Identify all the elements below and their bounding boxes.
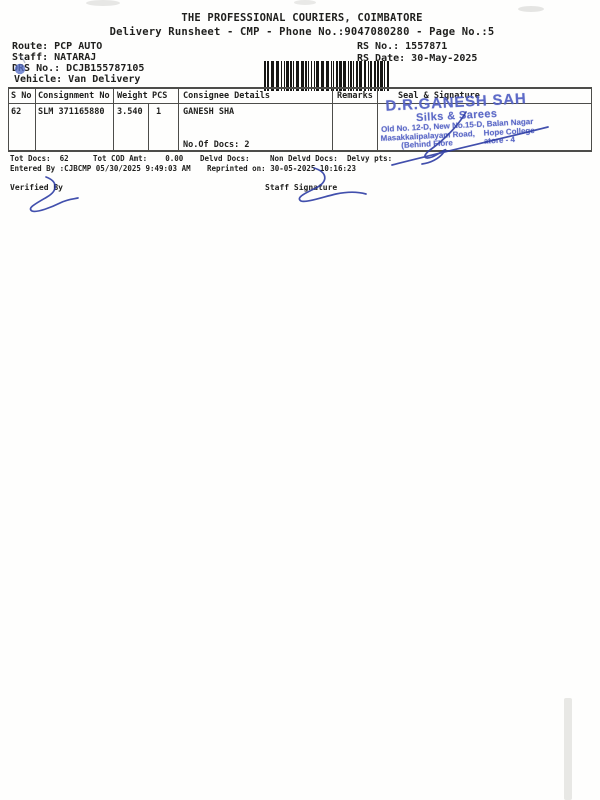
total-cod-amount: Tot COD Amt: 0.00 <box>93 154 183 163</box>
scan-smudge <box>86 0 120 6</box>
stamp-address-2: Masakkalipalayam Road, Hope College <box>359 125 557 144</box>
cell-consignment-no: SLM 371165880 <box>38 107 105 117</box>
cell-docs-note: No.Of Docs: 2 <box>183 140 250 150</box>
ink-overlay <box>0 0 600 800</box>
total-docs: Tot Docs: 62 <box>10 154 69 163</box>
drs-number-line: DRS No.: DCJB155787105 <box>12 63 144 74</box>
table-top-border <box>8 87 592 89</box>
col-divider <box>113 87 114 151</box>
header-remarks: Remarks <box>337 91 373 101</box>
col-divider <box>178 87 179 151</box>
barcode-icon <box>225 42 353 72</box>
header-pcs: PCS <box>152 91 167 101</box>
delivery-points: Delvy pts: <box>347 154 392 163</box>
col-divider <box>377 87 378 151</box>
document-subtitle: Delivery Runsheet - CMP - Phone No.:9047… <box>0 26 600 38</box>
table-border-right <box>591 87 592 151</box>
non-delivered-docs: Non Delvd Docs: <box>270 154 338 163</box>
table-bottom-border <box>8 150 592 152</box>
cell-weight: 3.540 <box>117 107 143 117</box>
table-header-separator <box>8 103 592 104</box>
scan-smudge <box>564 698 572 800</box>
stamp-business: Silks & Sarees <box>358 106 556 128</box>
header-weight: Weight <box>117 91 148 101</box>
seal-signature-stroke <box>392 127 548 165</box>
col-divider <box>148 103 149 151</box>
cell-consignee: GANESH SHA <box>183 107 234 117</box>
verified-by-label: Verified By <box>10 183 63 192</box>
header-seal-signature: Seal & Signature <box>398 91 480 101</box>
stamp-address-1: Old No. 12-D, New No.15-D, Balan Nagar <box>358 117 556 136</box>
scan-smudge <box>294 0 316 5</box>
reprinted-line: Reprinted on: 30-05-2025 10:16:23 <box>207 164 356 173</box>
document-title: THE PROFESSIONAL COURIERS, COIMBATORE <box>0 12 600 24</box>
seal-signature-stroke <box>422 112 466 164</box>
route-line: Route: PCP AUTO <box>12 41 102 52</box>
vehicle-line: Vehicle: Van Delivery <box>14 74 140 85</box>
staff-signature-label: Staff Signature <box>265 183 337 192</box>
header-consignment-no: Consignment No <box>38 91 110 101</box>
entered-by-line: Entered By :CJBCMP 05/30/2025 9:49:03 AM <box>10 164 191 173</box>
scanned-delivery-runsheet: THE PROFESSIONAL COURIERS, COIMBATORE De… <box>0 0 600 800</box>
table-border-left <box>8 87 9 151</box>
col-divider <box>35 87 36 151</box>
header-s-no: S No <box>11 91 31 101</box>
rs-date-line: RS Date: 30-May-2025 <box>357 53 477 64</box>
rs-number-line: RS No.: 1557871 <box>357 41 447 52</box>
col-divider <box>332 87 333 151</box>
cell-s-no: 62 <box>11 107 21 117</box>
header-consignee-details: Consignee Details <box>183 91 270 101</box>
cell-pcs: 1 <box>156 107 161 117</box>
staff-line: Staff: NATARAJ <box>12 52 96 63</box>
delivered-docs: Delvd Docs: <box>200 154 250 163</box>
